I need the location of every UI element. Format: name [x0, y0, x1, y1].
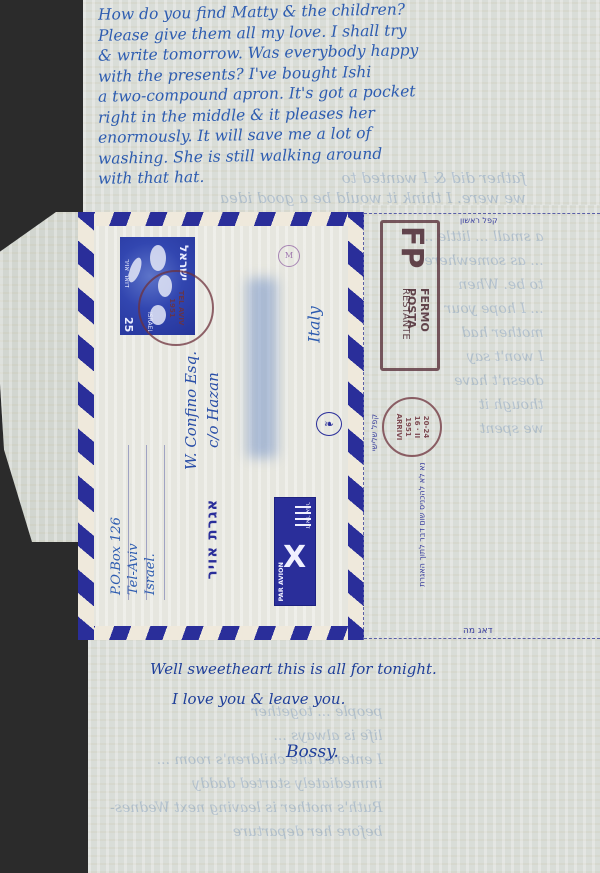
fold-line-top: [364, 213, 600, 214]
address-line: [146, 445, 147, 600]
signature: Bossy.: [286, 742, 339, 762]
airmail-x-icon: X: [283, 540, 306, 575]
address-line: [164, 445, 165, 600]
airmail-border-top: [78, 212, 364, 226]
fold-label-bottom: דאג מה: [463, 626, 493, 636]
fold-line-vertical: [363, 212, 364, 640]
address-line: [128, 445, 129, 600]
handwritten-letter-bottom: Well sweetheart this is all for tonight.…: [150, 654, 437, 714]
dove-icon: [150, 245, 166, 271]
addressee-block: W. Confino Esq. c/o Hazan: [180, 330, 230, 470]
fold-line-bottom: [364, 638, 600, 639]
torn-left-flap: [0, 212, 80, 542]
airmail-border-bottom: [78, 626, 364, 640]
aerogram-label: אגרת אויר: [202, 499, 220, 580]
sender-address: P.O.Box 126 Tel-Aviv Israel.: [108, 475, 168, 595]
deer-emblem-icon: ❧: [316, 412, 342, 436]
redacted-address: [247, 278, 277, 458]
airmail-border-left: [78, 212, 94, 640]
airmail-border-right: [348, 212, 364, 640]
fold-label-third: קפל שלישי: [370, 414, 379, 451]
postmark-arrival: 20-24 16 · II 1951 ARRIVI: [382, 397, 442, 457]
fold-notice: נא לא להכניס שום דבר לתוך האגרת: [418, 462, 427, 586]
par-avion-label: X PAR AVION דואר אויר: [274, 497, 316, 606]
handwritten-letter-top: How do you find Matty & the children? Pl…: [98, 2, 418, 187]
fermo-posta-stamp: FP FERMO POSTA RESTANTE: [380, 220, 440, 371]
bleed-through-text-bottom: people ... together life is always ... I…: [110, 700, 382, 844]
censor-mark: M: [278, 245, 300, 267]
fold-label-first: קפל ראשון: [460, 216, 498, 225]
addressee-country: Italy: [305, 306, 324, 342]
